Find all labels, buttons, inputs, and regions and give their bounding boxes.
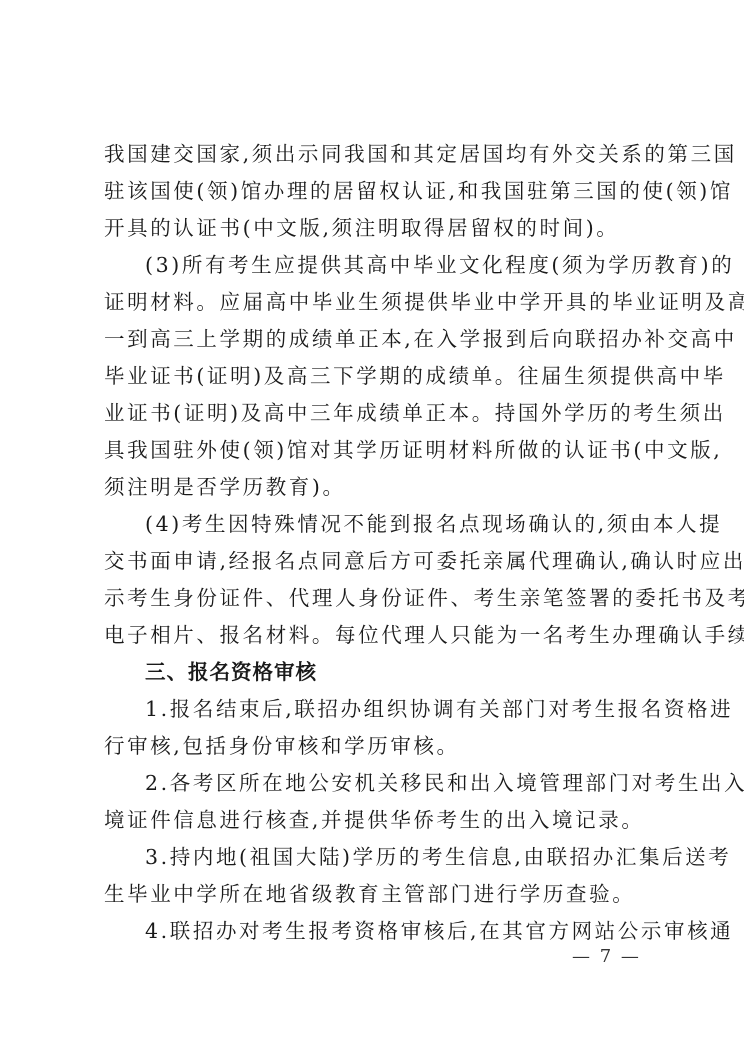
document-body: 我国建交国家,须出示同我国和其定居国均有外交关系的第三国 驻该国使(领)馆办理的… <box>104 136 650 950</box>
text-line: 毕业证书(证明)及高三下学期的成绩单。往届生须提供高中毕 <box>104 358 650 395</box>
text-line: 境证件信息进行核查,并提供华侨考生的出入境记录。 <box>104 802 650 839</box>
text-line: 具我国驻外使(领)馆对其学历证明材料所做的认证书(中文版, <box>104 432 650 469</box>
page-number: — 7 — <box>572 946 641 967</box>
text-line: 交书面申请,经报名点同意后方可委托亲属代理确认,确认时应出 <box>104 543 650 580</box>
text-line: 证明材料。应届高中毕业生须提供毕业中学开具的毕业证明及高 <box>104 284 650 321</box>
text-line: 示考生身份证件、代理人身份证件、考生亲笔签署的委托书及考生 <box>104 580 650 617</box>
text-line: 须注明是否学历教育)。 <box>104 469 650 506</box>
text-line: 电子相片、报名材料。每位代理人只能为一名考生办理确认手续。 <box>104 617 650 654</box>
text-line: 行审核,包括身份审核和学历审核。 <box>104 728 650 765</box>
text-line: 业证书(证明)及高中三年成绩单正本。持国外学历的考生须出 <box>104 395 650 432</box>
text-line: 驻该国使(领)馆办理的居留权认证,和我国驻第三国的使(领)馆 <box>104 173 650 210</box>
section-heading: 三、报名资格审核 <box>104 654 650 691</box>
list-item-4: 4.联招办对考生报考资格审核后,在其官方网站公示审核通 <box>104 913 650 950</box>
text-line: 一到高三上学期的成绩单正本,在入学报到后向联招办补交高中 <box>104 321 650 358</box>
list-item-1: 1.报名结束后,联招办组织协调有关部门对考生报名资格进 <box>104 691 650 728</box>
text-line: 我国建交国家,须出示同我国和其定居国均有外交关系的第三国 <box>104 136 650 173</box>
text-line: 生毕业中学所在地省级教育主管部门进行学历查验。 <box>104 876 650 913</box>
list-item-2: 2.各考区所在地公安机关移民和出入境管理部门对考生出入 <box>104 765 650 802</box>
document-page: 我国建交国家,须出示同我国和其定居国均有外交关系的第三国 驻该国使(领)馆办理的… <box>0 0 744 1053</box>
list-item-3: 3.持内地(祖国大陆)学历的考生信息,由联招办汇集后送考 <box>104 839 650 876</box>
text-line: 开具的认证书(中文版,须注明取得居留权的时间)。 <box>104 210 650 247</box>
paragraph-item-3: (3)所有考生应提供其高中毕业文化程度(须为学历教育)的 <box>104 247 650 284</box>
paragraph-item-4: (4)考生因特殊情况不能到报名点现场确认的,须由本人提 <box>104 506 650 543</box>
